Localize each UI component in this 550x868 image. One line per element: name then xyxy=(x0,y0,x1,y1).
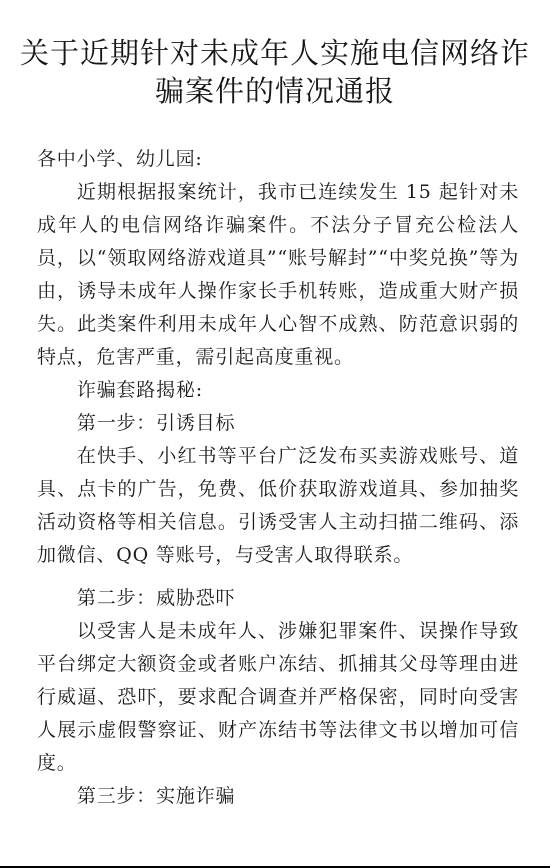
step3-heading: 第三步：实施诈骗 xyxy=(37,780,519,813)
document-page: 关于近期针对未成年人实施电信网络诈 骗案件的情况通报 各中小学、幼儿园: 近期根… xyxy=(0,0,550,866)
step2-paragraph: 以受害人是未成年人、涉嫌犯罪案件、误操作导致平台绑定大额资金或者账户冻结、抓捕其… xyxy=(37,615,519,780)
document-body: 各中小学、幼儿园: 近期根据报案统计，我市已连续发生 15 起针对未成年人的电信… xyxy=(37,143,519,813)
intro-paragraph: 近期根据报案统计，我市已连续发生 15 起针对未成年人的电信网络诈骗案件。不法分… xyxy=(37,176,519,374)
step1-heading: 第一步：引诱目标 xyxy=(37,407,519,440)
document-title: 关于近期针对未成年人实施电信网络诈 骗案件的情况通报 xyxy=(0,34,550,110)
title-line-1: 关于近期针对未成年人实施电信网络诈 xyxy=(0,34,550,72)
title-line-2: 骗案件的情况通报 xyxy=(0,72,550,110)
section-heading: 诈骗套路揭秘: xyxy=(37,374,519,407)
salutation: 各中小学、幼儿园: xyxy=(37,143,519,176)
step2-heading: 第二步：威胁恐吓 xyxy=(37,582,519,615)
step1-paragraph: 在快手、小红书等平台广泛发布买卖游戏账号、道具、点卡的广告，免费、低价获取游戏道… xyxy=(37,440,519,572)
